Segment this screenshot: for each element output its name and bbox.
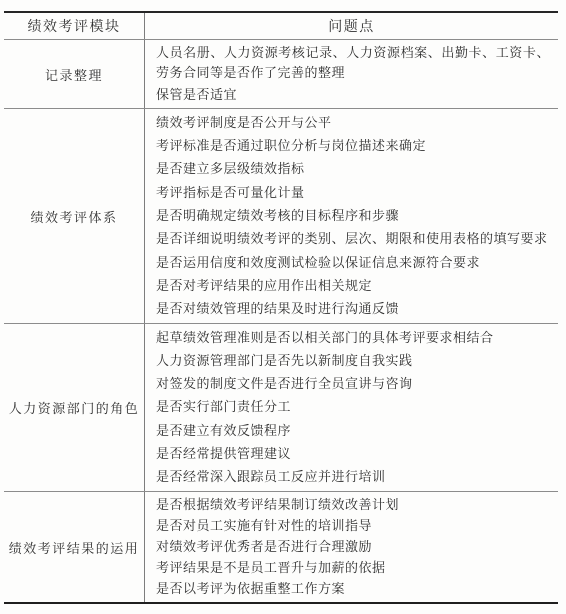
point-line: 是否运用信度和效度测试检验以保证信息来源符合要求 (156, 253, 550, 273)
point-line: 是否对考评结果的应用作出相关规定 (156, 276, 550, 296)
scanned-page: 绩效考评模块 问题点 记录整理 人员名册、人力资源考核记录、人力资源档案、出勤卡… (0, 0, 566, 614)
header-cell-points: 问题点 (145, 13, 558, 39)
points-cell: 绩效考评制度是否公开与公平 考评标准是否通过职位分析与岗位描述来确定 是否建立多… (145, 109, 558, 323)
point-line: 是否对绩效管理的结果及时进行沟通反馈 (156, 299, 550, 319)
point-line: 考评结果是不是员工晋升与加薪的依据 (156, 558, 550, 578)
module-cell: 记录整理 (4, 40, 145, 108)
point-line: 绩效考评制度是否公开与公平 (156, 113, 550, 133)
table-row: 人力资源部门的角色 起草绩效管理准则是否以相关部门的具体考评要求相结合 人力资源… (4, 324, 558, 492)
point-line: 人员名册、人力资源考核记录、人力资源档案、出勤卡、工资卡、劳务合同等是否作了完善… (156, 43, 550, 83)
point-line: 是否经常提供管理建议 (156, 444, 550, 464)
point-line: 是否明确规定绩效考核的目标程序和步骤 (156, 206, 550, 226)
point-line: 对绩效考评优秀者是否进行合理激励 (156, 537, 550, 557)
points-cell: 人员名册、人力资源考核记录、人力资源档案、出勤卡、工资卡、劳务合同等是否作了完善… (145, 40, 558, 108)
module-label: 绩效考评结果的运用 (9, 538, 140, 557)
table-row: 绩效考评结果的运用 是否根据绩效考评结果制订绩效改善计划 是否对员工实施有针对性… (4, 492, 558, 602)
header-module-label: 绩效考评模块 (28, 16, 121, 36)
point-line: 是否对员工实施有针对性的培训指导 (156, 516, 550, 536)
header-points-label: 问题点 (328, 16, 375, 36)
module-label: 记录整理 (45, 65, 103, 84)
points-cell: 是否根据绩效考评结果制订绩效改善计划 是否对员工实施有针对性的培训指导 对绩效考… (145, 492, 558, 602)
point-line: 考评标准是否通过职位分析与岗位描述来确定 (156, 136, 550, 156)
point-line: 是否经常深入跟踪员工反应并进行培训 (156, 467, 550, 487)
point-line: 人力资源管理部门是否先以新制度自我实践 (156, 351, 550, 371)
table-header-row: 绩效考评模块 问题点 (4, 13, 558, 40)
point-line: 是否以考评为依据重整工作方案 (156, 579, 550, 599)
module-label: 人力资源部门的角色 (9, 398, 140, 417)
point-line: 对签发的制度文件是否进行全员宣讲与咨询 (156, 374, 550, 394)
point-line: 保管是否适宜 (156, 85, 550, 105)
table-row: 绩效考评体系 绩效考评制度是否公开与公平 考评标准是否通过职位分析与岗位描述来确… (4, 109, 558, 324)
module-cell: 绩效考评体系 (4, 109, 145, 323)
points-cell: 起草绩效管理准则是否以相关部门的具体考评要求相结合 人力资源管理部门是否先以新制… (145, 324, 558, 491)
point-line: 是否详细说明绩效考评的类别、层次、期限和使用表格的填写要求 (156, 229, 550, 249)
module-cell: 绩效考评结果的运用 (4, 492, 145, 602)
module-label: 绩效考评体系 (30, 207, 117, 226)
performance-review-table: 绩效考评模块 问题点 记录整理 人员名册、人力资源考核记录、人力资源档案、出勤卡… (4, 11, 558, 604)
point-line: 考评指标是否可量化计量 (156, 183, 550, 203)
point-line: 是否根据绩效考评结果制订绩效改善计划 (156, 495, 550, 515)
module-cell: 人力资源部门的角色 (4, 324, 145, 491)
point-line: 是否建立有效反馈程序 (156, 421, 550, 441)
point-line: 是否实行部门责任分工 (156, 397, 550, 417)
header-cell-module: 绩效考评模块 (4, 13, 145, 39)
point-line: 起草绩效管理准则是否以相关部门的具体考评要求相结合 (156, 328, 550, 348)
table-row: 记录整理 人员名册、人力资源考核记录、人力资源档案、出勤卡、工资卡、劳务合同等是… (4, 40, 558, 109)
point-line: 是否建立多层级绩效指标 (156, 159, 550, 179)
